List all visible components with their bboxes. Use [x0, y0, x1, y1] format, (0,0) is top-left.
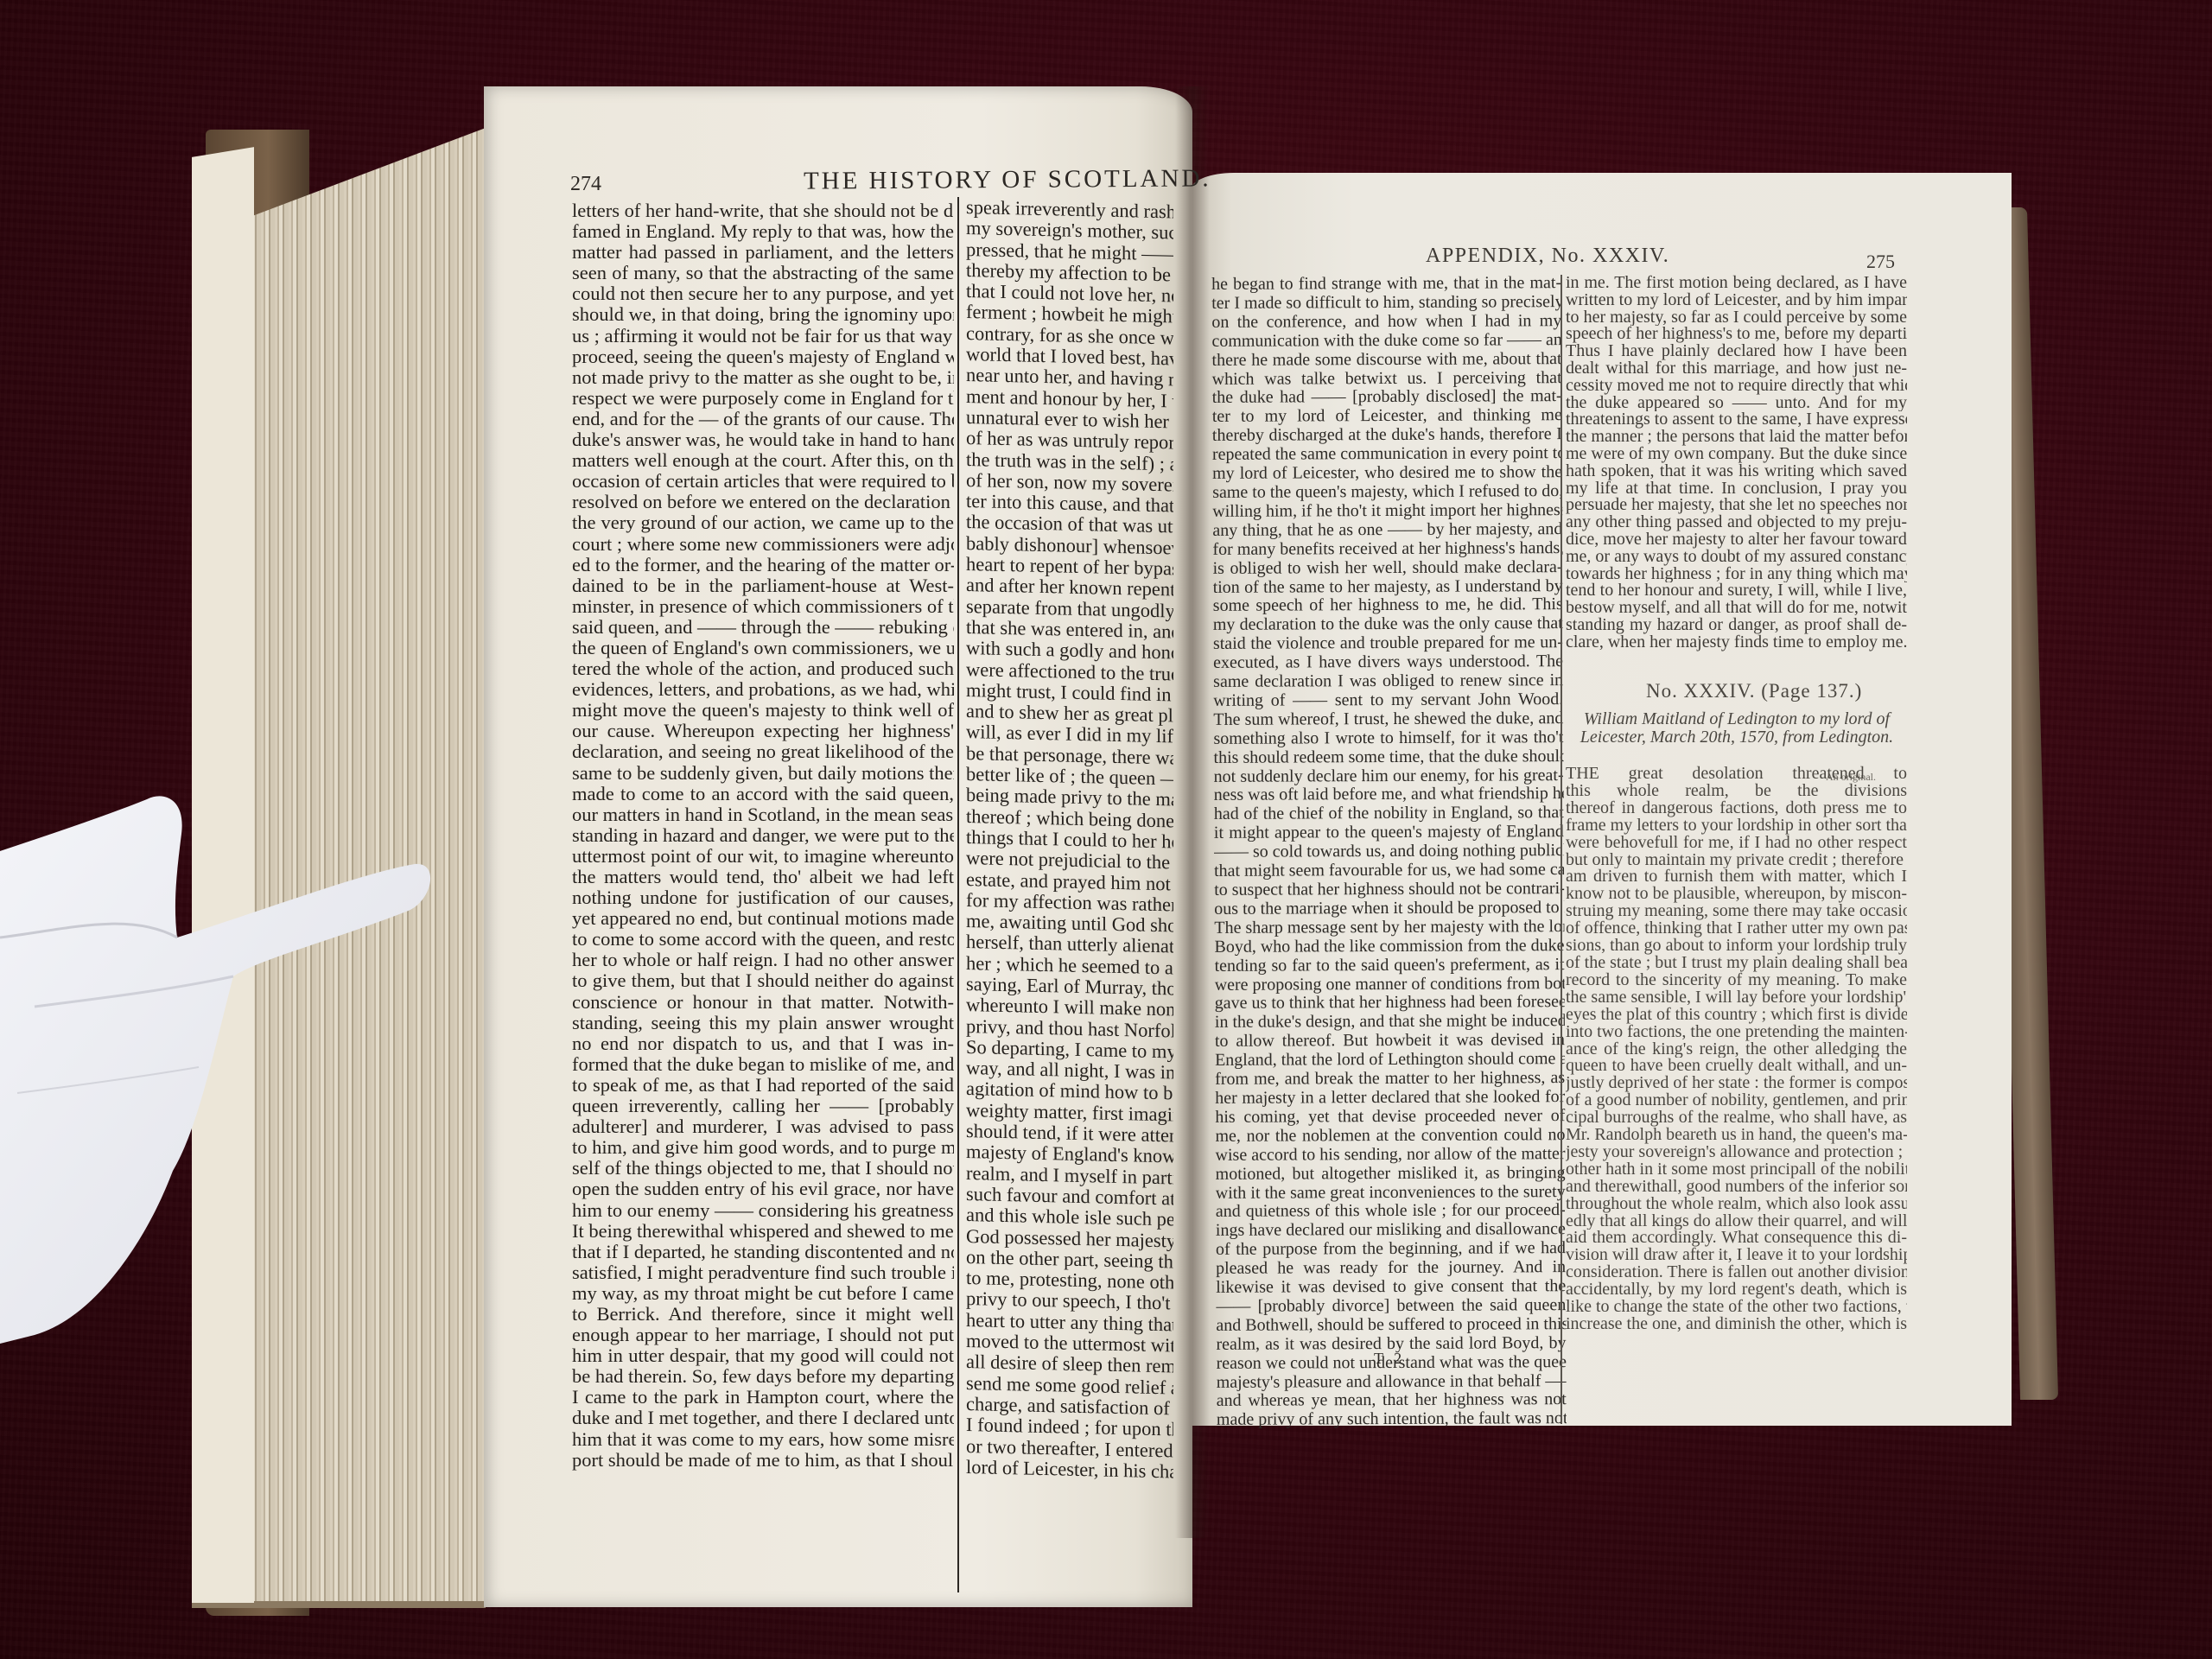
text-line: staid the violence and trouble prepared …	[1213, 633, 1563, 654]
text-line: sions, than go about to inform your lord…	[1566, 938, 1907, 955]
text-line: like to change the state of the other tw…	[1566, 1299, 1907, 1316]
text-line: tered the whole of the action, and produ…	[572, 658, 954, 679]
text-line: for many benefits received at her highne…	[1212, 539, 1562, 560]
text-line: my declaration to the duke was the only …	[1213, 614, 1563, 635]
text-line: this should redeem some time, that the d…	[1213, 747, 1563, 768]
text-line: he began to find strange with me, that i…	[1211, 274, 1561, 295]
text-line: ter I made so difficult to him, standing…	[1211, 293, 1561, 314]
text-line: matters well enough at the court. After …	[572, 450, 954, 471]
text-line: me were of my own company. But the duke …	[1566, 446, 1907, 463]
text-line: queen to have been cruelly dealt withall…	[1566, 1058, 1907, 1075]
text-line: ous to the marriage when it should be pr…	[1214, 899, 1564, 919]
text-line: communication with the duke come so far …	[1211, 331, 1561, 352]
text-line: of the purpose from the beginning, and i…	[1216, 1239, 1566, 1260]
text-line: to allow thereof. But howbeit it was dev…	[1215, 1031, 1565, 1052]
left-page-column-2: speak irreverently and rashly of themy s…	[966, 197, 1173, 1483]
book-gutter	[1175, 86, 1210, 1538]
text-line: eyes the plat of this country ; which fi…	[1566, 1007, 1907, 1024]
text-line: proceed, seeing the queen's majesty of E…	[572, 346, 954, 367]
text-line: not suddenly declare him our enemy, for …	[1214, 766, 1564, 787]
text-line: writing of —— sent to my servant John Wo…	[1213, 690, 1563, 711]
text-line: majesty's pleasure and allowance in that…	[1217, 1372, 1567, 1393]
text-line: willing him, if he tho't it might import…	[1212, 501, 1562, 522]
text-line: no end nor dispatch to us, and that I wa…	[572, 1033, 954, 1054]
text-line: were proposing one manner of conditions …	[1215, 975, 1565, 995]
text-line: tending so far to the said queen's prefe…	[1215, 956, 1565, 976]
text-line: uttermost point of our wit, to imagine w…	[572, 846, 954, 867]
text-line: likewise it was devised to give consent …	[1216, 1277, 1566, 1298]
text-line: record to the sincerity of my meaning. T…	[1566, 972, 1907, 989]
text-line: vision will draw after it, I leave it to…	[1566, 1247, 1907, 1264]
text-line: ings have declared our misliking and dis…	[1216, 1220, 1566, 1241]
text-line: pleased he was ready for the journey. An…	[1216, 1258, 1566, 1279]
text-line: to her majesty, so far as I could percei…	[1566, 309, 1907, 327]
text-line: to suspect that her highness should not …	[1214, 880, 1564, 900]
text-line: Mr. Randolph beareth us in hand, the que…	[1566, 1127, 1907, 1144]
text-line: cipal burroughs of the realme, who shall…	[1566, 1109, 1907, 1127]
text-line: not made privy to the matter as she ough…	[572, 367, 954, 388]
text-line: him to our enemy —— considering his grea…	[572, 1200, 954, 1221]
text-line: of a good number of nobility, gentlemen,…	[1566, 1092, 1907, 1109]
text-line: something also I wrote to himself, for i…	[1213, 728, 1563, 749]
page-number-left: 274	[570, 173, 601, 196]
text-line: speech of her highness's to me, before m…	[1566, 326, 1907, 343]
text-line: seen of many, so that the abstracting of…	[572, 263, 954, 283]
left-page-column-1: letters of her hand-write, that she shou…	[572, 200, 954, 1471]
text-line: to speak of me, as that I had reported o…	[572, 1075, 954, 1096]
text-line: the same sensible, I will lay before you…	[1566, 989, 1907, 1007]
text-line: increase the one, and diminish the other…	[1566, 1316, 1907, 1333]
text-line: edly that all kings do allow their quarr…	[1566, 1213, 1907, 1230]
text-line: were behovefull for me, if I had no othe…	[1566, 835, 1907, 852]
text-line: THE great desolation threatened to	[1566, 766, 1907, 783]
signature-mark: T 2	[1374, 1350, 1405, 1368]
text-line: threatenings to assent to the same, I ha…	[1566, 411, 1907, 429]
text-line: the manner ; the persons that laid the m…	[1566, 429, 1907, 446]
text-line: ness was oft laid before me, and what fr…	[1214, 785, 1564, 806]
text-line: wise accord to his sending, nor allow of…	[1215, 1145, 1565, 1166]
text-line: minster, in presence of which commission…	[572, 596, 954, 617]
text-line: of the state ; but I trust my plain deal…	[1566, 955, 1907, 972]
text-line: her majesty in a letter declared that sh…	[1215, 1088, 1565, 1109]
appendix-subtitle: William Maitland of Ledington to my lord…	[1568, 710, 1905, 747]
text-line: some speech of her highness to me, he di…	[1213, 596, 1563, 617]
running-head-right: APPENDIX, No. XXXIV.	[1426, 245, 1669, 268]
text-line: in me. The first motion being declared, …	[1566, 275, 1907, 292]
text-line: to give them, but that I should neither …	[572, 970, 954, 991]
text-line: to come to some accord with the queen, a…	[572, 929, 954, 950]
text-line: the queen of England's own commissioners…	[572, 638, 954, 658]
text-line: ter to my lord of Leicester, and thinkin…	[1212, 406, 1562, 427]
text-line: to Berrick. And therefore, since it migh…	[572, 1304, 954, 1325]
text-line: towards her highness ; for in any thing …	[1566, 566, 1907, 583]
text-line: formed that the duke began to mislike of…	[572, 1054, 954, 1075]
text-line: tend to her honour and surety, I will, w…	[1566, 582, 1907, 600]
text-line: in the duke's design, and that she might…	[1215, 1012, 1565, 1033]
text-line: struing my meaning, some there may take …	[1566, 903, 1907, 920]
text-line: into two factions, the one pretending th…	[1566, 1024, 1907, 1041]
text-line: court ; where some new commissioners wer…	[572, 534, 954, 555]
appendix-heading: No. XXXIV. (Page 137.)	[1646, 680, 1862, 702]
text-line: made to come to an accord with the said …	[572, 784, 954, 804]
text-line: persuade her majesty, that she let no sp…	[1566, 497, 1907, 514]
column-rule-left-page	[957, 197, 959, 1592]
text-line: him in utter despair, that my good will …	[572, 1345, 954, 1366]
text-line: and whereas ye mean, that her highness w…	[1217, 1391, 1567, 1412]
text-line: nothing undone for justification of our …	[572, 887, 954, 908]
text-line: same to the queen's majesty, which I ref…	[1212, 482, 1562, 503]
right-page-column-1: he began to find strange with me, that i…	[1211, 274, 1567, 1430]
text-line: aid them accordingly. What consequence t…	[1566, 1230, 1907, 1247]
text-line: Thus I have plainly declared how I have …	[1566, 343, 1907, 360]
text-line: from me, and break the matter to her hig…	[1215, 1069, 1565, 1090]
text-line: resolved on before we entered on the dec…	[572, 492, 954, 512]
text-line: is obliged to wish her well, should make…	[1213, 558, 1563, 579]
text-line: —— [probably divorce] between the said q…	[1216, 1296, 1566, 1317]
text-line: justly deprived of her state : the forme…	[1566, 1075, 1907, 1092]
text-line: the duke appeared so —— unto. And for my	[1566, 395, 1907, 412]
text-line: the matters would tend, tho' albeit we h…	[572, 867, 954, 887]
text-line: frame my letters to your lordship in oth…	[1566, 817, 1907, 835]
text-line: us ; affirming it would not be fair for …	[572, 326, 954, 346]
text-line: could not then secure her to any purpose…	[572, 283, 954, 304]
text-line: port should be made of me to him, as tha…	[572, 1450, 954, 1471]
text-line: with it the same great inconveniences to…	[1216, 1183, 1566, 1204]
text-line: made privy of any such intention, the fa…	[1217, 1409, 1567, 1430]
text-line: gave us to think that her highness had b…	[1215, 994, 1565, 1014]
text-line: evidences, letters, and probations, as w…	[572, 679, 954, 700]
text-line: should we, in that doing, bring the igno…	[572, 304, 954, 325]
text-line: to him, and give him good words, and to …	[572, 1137, 954, 1158]
text-line: other hath in it some most principall of…	[1566, 1161, 1907, 1179]
text-line: I came to the park in Hampton court, whe…	[572, 1387, 954, 1408]
white-glove-hand	[0, 782, 536, 1659]
text-line: dained to be in the parliament-house at …	[572, 575, 954, 596]
text-line: —— so cold towards us, and doing nothing…	[1214, 842, 1564, 862]
text-line: enough appear to her marriage, I should …	[572, 1325, 954, 1345]
text-line: The sharp message sent by her majesty wi…	[1214, 918, 1564, 938]
text-line: thereof in dangerous factions, doth pres…	[1566, 800, 1907, 817]
text-line: open the sudden entry of his evil grace,…	[572, 1179, 954, 1199]
text-line: thereby discharged at the duke's hands, …	[1212, 425, 1562, 446]
text-line: know not to be plausible, whereupon, by …	[1566, 886, 1907, 903]
text-line: said queen, and —— through the —— rebuki…	[572, 617, 954, 638]
text-line: him that it was come to my ears, how som…	[572, 1429, 954, 1450]
text-line: her to whole or half reign. I had no oth…	[572, 950, 954, 970]
right-page-column-2: in me. The first motion being declared, …	[1566, 275, 1907, 652]
text-line: and therewithall, good numbers of the in…	[1566, 1179, 1907, 1196]
text-line: The sum whereof, I trust, he shewed the …	[1213, 709, 1563, 730]
page-number-right: 275	[1866, 251, 1895, 273]
running-head-left: THE HISTORY OF SCOTLAND.	[804, 164, 1211, 195]
text-line: tion of the same to her majesty, as I un…	[1213, 577, 1563, 598]
text-line: any thing, that he as one —— by her maje…	[1212, 520, 1562, 541]
text-line: me, nor the noblemen at the convention c…	[1215, 1126, 1565, 1147]
text-line: ance of the king's reign, the other alle…	[1566, 1041, 1907, 1058]
column-rule-right-page	[1560, 275, 1562, 1424]
text-line: duke's answer was, he would take in hand…	[572, 429, 954, 450]
text-line: repeated the same communication in every…	[1212, 444, 1562, 465]
text-line: might move the queen's majesty to think …	[572, 700, 954, 721]
text-line: throughout the whole realm, which also l…	[1566, 1196, 1907, 1213]
text-line: motioned, but altogether misliked it, as…	[1216, 1164, 1566, 1185]
text-line: declaration, and seeing no great likelih…	[572, 741, 954, 762]
text-line: consideration. There is fallen out anoth…	[1566, 1264, 1907, 1281]
text-line: famed in England. My reply to that was, …	[572, 221, 954, 242]
text-line: my life at that time. In conclusion, I p…	[1566, 480, 1907, 498]
text-line: It being therewithal whispered and shewe…	[572, 1221, 954, 1242]
text-line: and quietness of this whole isle ; for o…	[1216, 1202, 1566, 1223]
text-line: ed to the former, and the hearing of the…	[572, 555, 954, 575]
text-line: bestow myself, and all that will do for …	[1566, 600, 1907, 617]
text-line: it might appear to the queen's majesty o…	[1214, 823, 1564, 843]
text-line: letters of her hand-write, that she shou…	[572, 200, 954, 221]
text-line: my way, as my throat might be cut before…	[572, 1283, 954, 1304]
text-line: that if I departed, he standing disconte…	[572, 1242, 954, 1262]
text-line: queen irreverently, calling her —— [prob…	[572, 1096, 954, 1116]
text-line: be had therein. So, few days before my d…	[572, 1366, 954, 1387]
text-line: there he made some discourse with me, ab…	[1211, 350, 1561, 371]
text-line: and Bothwell, should be suffered to proc…	[1216, 1315, 1566, 1336]
text-line: the duke had —— [probably disclosed] the…	[1212, 388, 1562, 409]
text-line: of offence, thinking that I rather utter…	[1566, 920, 1907, 938]
text-line: dice, move her majesty to alter her favo…	[1566, 531, 1907, 549]
text-line: standing in hazard and danger, we were p…	[572, 825, 954, 846]
text-line: cessity moved me not to require directly…	[1566, 378, 1907, 395]
appendix-letter-text: THE great desolation threatened tothis w…	[1566, 766, 1907, 1333]
text-line: my lord of Leicester, who desired me to …	[1212, 463, 1562, 484]
text-line: the very ground of our action, we came u…	[572, 512, 954, 533]
text-line: any other thing passed and objected to m…	[1566, 514, 1907, 531]
text-line: same to be suddenly given, but daily mot…	[572, 763, 954, 784]
text-line: satisfied, I might peradventure find suc…	[572, 1262, 954, 1283]
text-line: on the conference, and how when I had in…	[1211, 312, 1561, 333]
text-line: Boyd, who had the like commission from t…	[1214, 937, 1564, 957]
text-line: which was talke betwixt us. I perceiving…	[1212, 369, 1562, 390]
text-line: duke and I met together, and there I dec…	[572, 1408, 954, 1428]
text-line: clare, when her majesty finds time to em…	[1566, 634, 1907, 652]
text-line: jesty your sovereign's allowance and pro…	[1566, 1144, 1907, 1161]
text-line: accidentally, by my lord regent's death,…	[1566, 1281, 1907, 1299]
text-line: our cause. Whereupon expecting her highn…	[572, 721, 954, 741]
text-line: conscience or honour in that matter. Not…	[572, 992, 954, 1013]
text-line: dealt withal for this marriage, and how …	[1566, 360, 1907, 378]
text-line: yet appeared no end, but continual motio…	[572, 908, 954, 929]
text-line: but only to maintain my private credit ;…	[1566, 852, 1907, 869]
text-line: standing my hazard or danger, as proof s…	[1566, 617, 1907, 634]
text-line: this whole realm, be the divisions	[1566, 783, 1907, 800]
text-line: same declaration I was obliged to renew …	[1213, 671, 1563, 692]
text-line: had of the chief of the nobility in Engl…	[1214, 804, 1564, 824]
text-line: adulterer] and murderer, I was advised t…	[572, 1116, 954, 1137]
text-line: written to my lord of Leicester, and by …	[1566, 292, 1907, 309]
text-line: that might seem favourable for us, we ha…	[1214, 861, 1564, 881]
text-line: matter had passed in parliament, and the…	[572, 242, 954, 263]
text-line: am driven to furnish them with matter, w…	[1566, 868, 1907, 886]
text-line: self of the things objected to me, that …	[572, 1158, 954, 1179]
text-line: occasion of certain articles that were r…	[572, 471, 954, 492]
text-line: his coming, yet that devise proceeded ne…	[1215, 1107, 1565, 1128]
text-line: hath spoken, that it was his writing whi…	[1566, 463, 1907, 480]
text-line: respect we were purposely come in Englan…	[572, 388, 954, 409]
text-line: end, and for the — of the grants of our …	[572, 409, 954, 429]
text-line: our matters in hand in Scotland, in the …	[572, 804, 954, 825]
text-line: standing, seeing this my plain answer wr…	[572, 1013, 954, 1033]
text-line: me, or any ways to doubt of my assured c…	[1566, 549, 1907, 566]
text-line: executed, as I have divers ways understo…	[1213, 652, 1563, 673]
text-line: England, that the lord of Lethington sho…	[1215, 1050, 1565, 1071]
